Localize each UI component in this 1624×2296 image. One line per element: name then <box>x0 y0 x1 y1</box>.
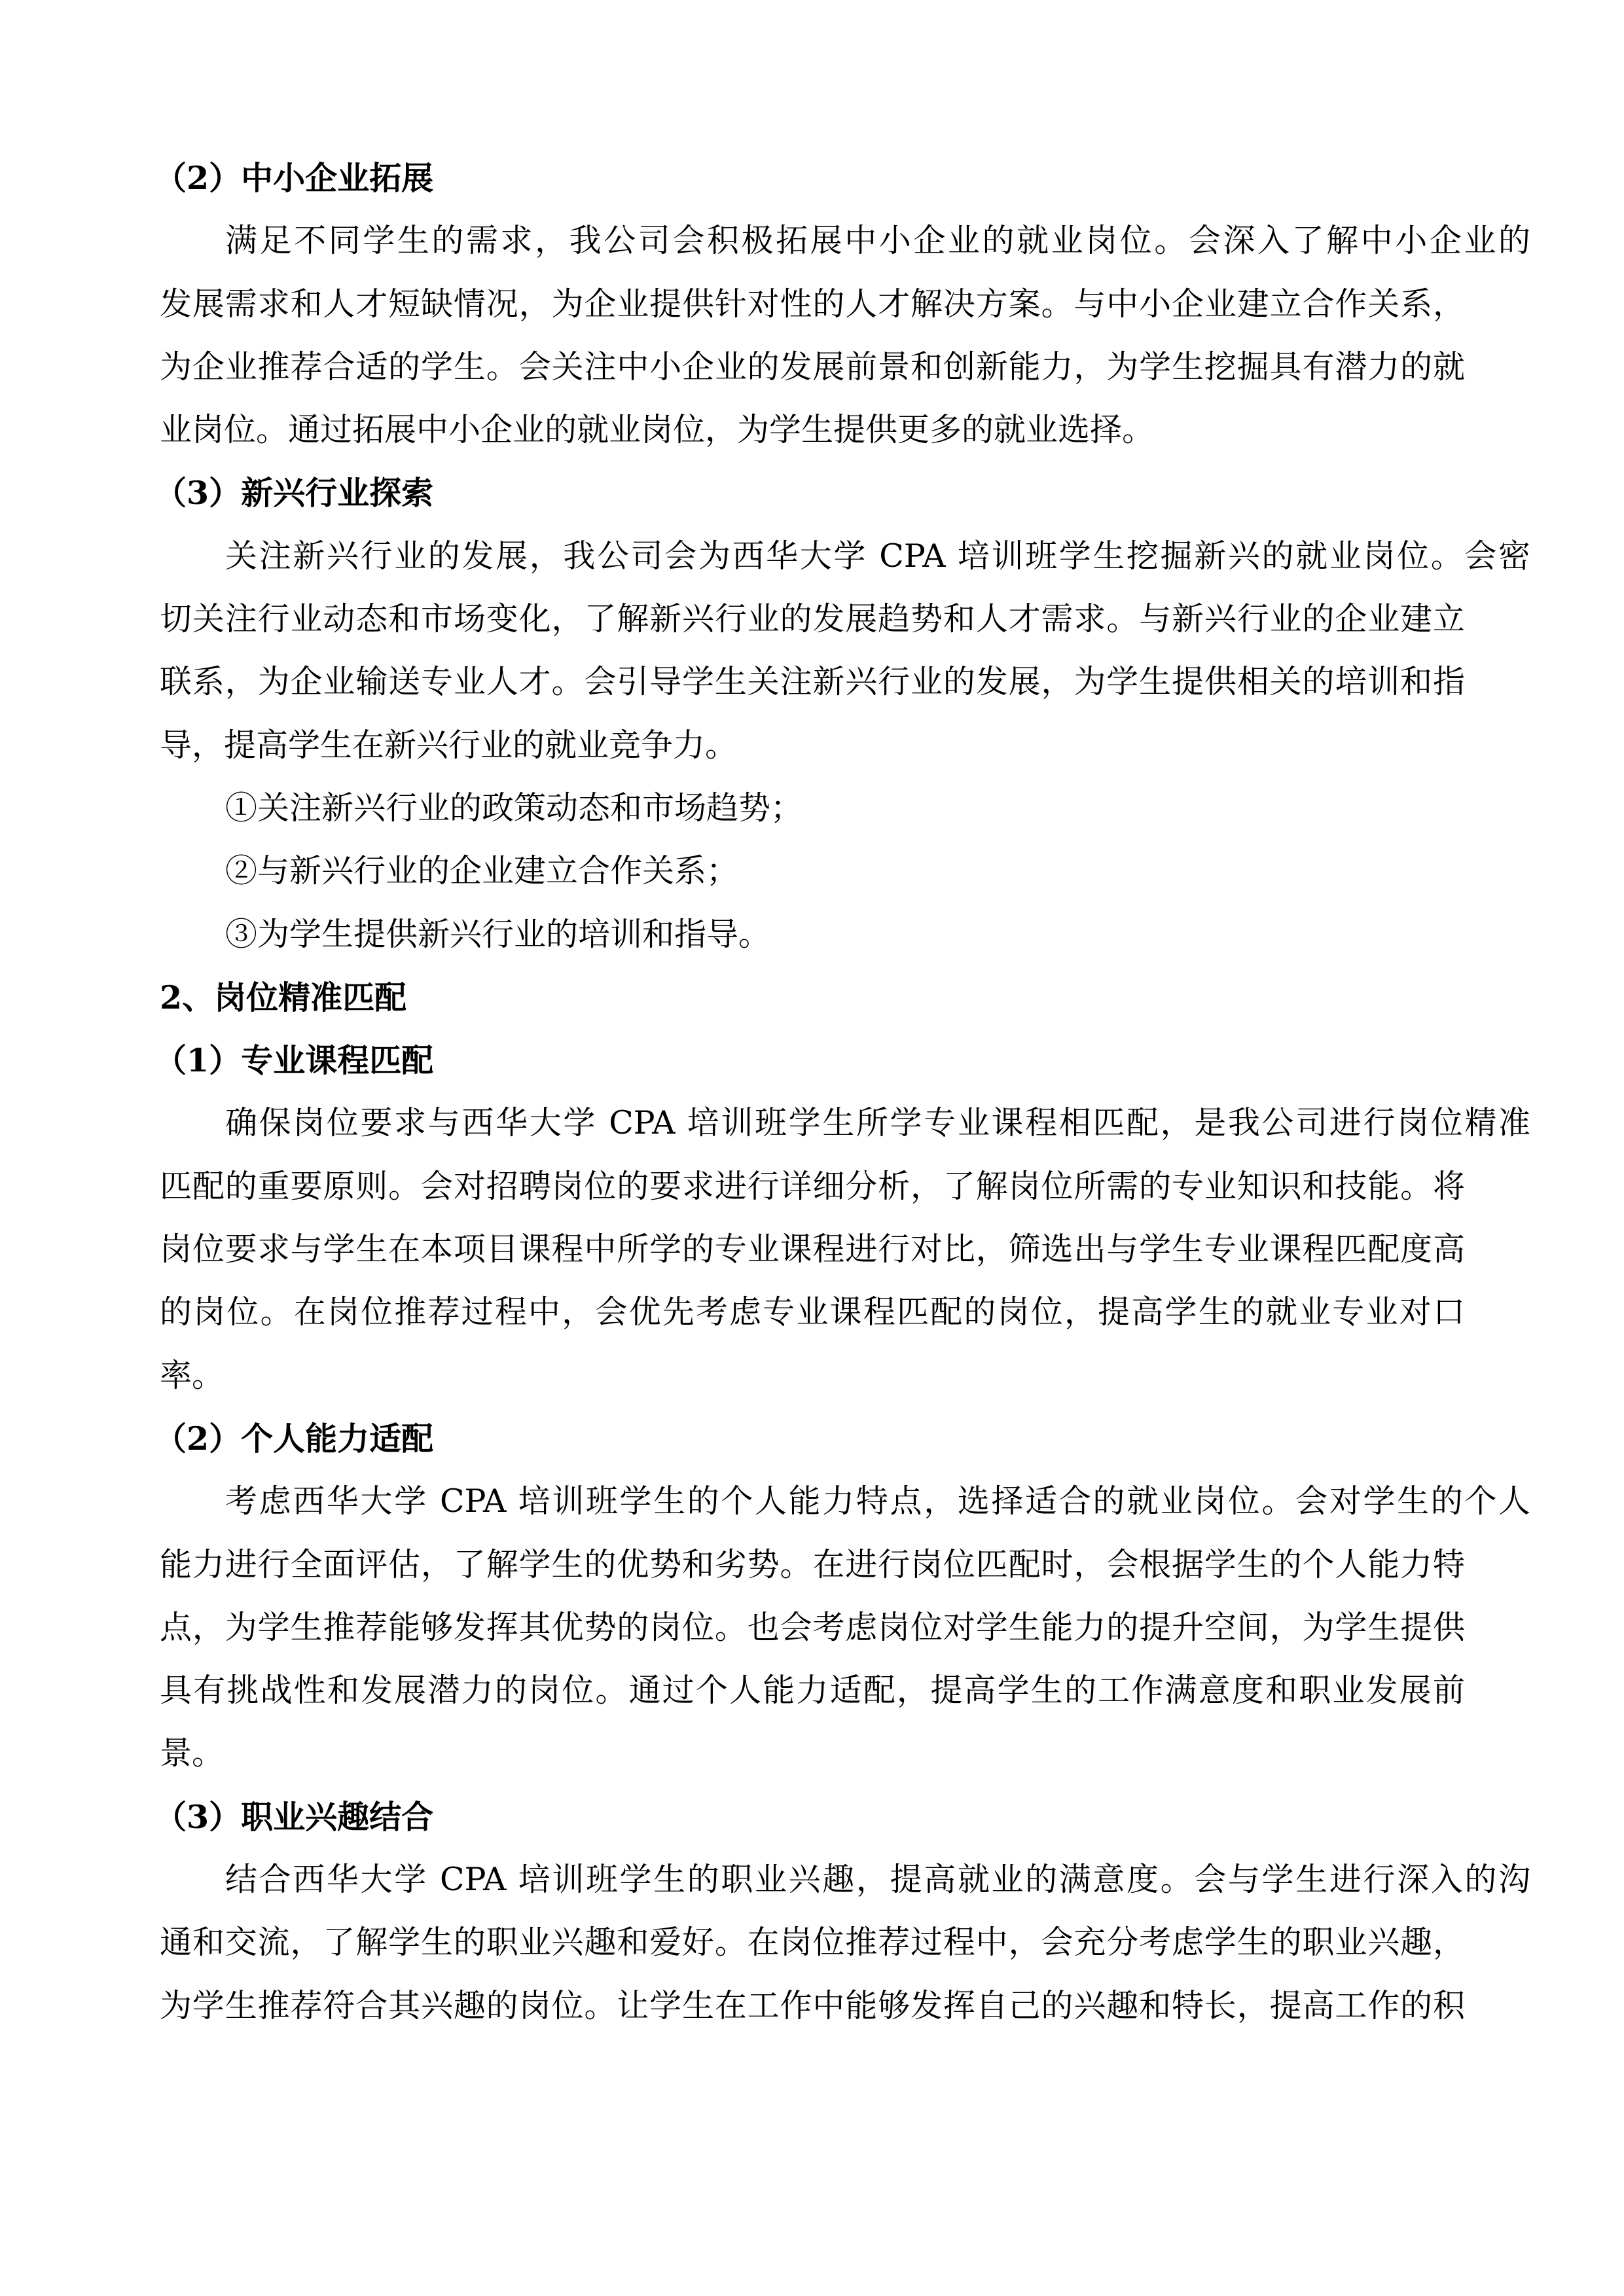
paragraph-line: 景。 <box>160 1722 1469 1785</box>
paragraph-line: 满足不同学生的需求，我公司会积极拓展中小企业的就业岗位。会深入了解中小企业的 <box>160 209 1530 272</box>
list-item: ①关注新兴行业的政策动态和市场趋势； <box>160 777 1469 840</box>
paragraph-line: 为企业推荐合适的学生。会关注中小企业的发展前景和创新能力，为学生挖掘具有潜力的就 <box>160 336 1465 399</box>
paragraph-line: 的岗位。在岗位推荐过程中，会优先考虑专业课程匹配的岗位，提高学生的就业专业对口 <box>160 1281 1465 1344</box>
paragraph-line: 导，提高学生在新兴行业的就业竞争力。 <box>160 714 1469 777</box>
paragraph-line: 结合西华大学 CPA 培训班学生的职业兴趣，提高就业的满意度。会与学生进行深入的… <box>160 1848 1530 1911</box>
paragraph-line: 点，为学生推荐能够发挥其优势的岗位。也会考虑岗位对学生能力的提升空间，为学生提供 <box>160 1596 1465 1659</box>
paragraph-line: 为学生推荐符合其兴趣的岗位。让学生在工作中能够发挥自己的兴趣和特长，提高工作的积 <box>160 1975 1465 2037</box>
paragraph-line: 岗位要求与学生在本项目课程中所学的专业课程进行对比，筛选出与学生专业课程匹配度高 <box>160 1218 1465 1281</box>
paragraph-line: 具有挑战性和发展潜力的岗位。通过个人能力适配，提高学生的工作满意度和职业发展前 <box>160 1659 1465 1722</box>
section-heading: （3）职业兴趣结合 <box>154 1785 1469 1848</box>
paragraph-line: 发展需求和人才短缺情况，为企业提供针对性的人才解决方案。与中小企业建立合作关系， <box>160 273 1465 336</box>
chapter-heading: 2、岗位精准匹配 <box>160 966 1469 1029</box>
paragraph-line: 联系，为企业输送专业人才。会引导学生关注新兴行业的发展，为学生提供相关的培训和指 <box>160 651 1465 713</box>
paragraph-line: 率。 <box>160 1344 1469 1407</box>
paragraph-line: 关注新兴行业的发展，我公司会为西华大学 CPA 培训班学生挖掘新兴的就业岗位。会… <box>160 525 1530 588</box>
paragraph-line: 匹配的重要原则。会对招聘岗位的要求进行详细分析，了解岗位所需的专业知识和技能。将 <box>160 1155 1465 1218</box>
paragraph-line: 考虑西华大学 CPA 培训班学生的个人能力特点，选择适合的就业岗位。会对学生的个… <box>160 1470 1530 1533</box>
section-heading: （1）专业课程匹配 <box>154 1029 1469 1092</box>
section-heading: （2）个人能力适配 <box>154 1407 1469 1470</box>
paragraph-line: 确保岗位要求与西华大学 CPA 培训班学生所学专业课程相匹配，是我公司进行岗位精… <box>160 1092 1530 1155</box>
list-item: ③为学生提供新兴行业的培训和指导。 <box>160 903 1469 966</box>
paragraph-line: 通和交流，了解学生的职业兴趣和爱好。在岗位推荐过程中，会充分考虑学生的职业兴趣， <box>160 1911 1465 1974</box>
section-heading: （2）中小企业拓展 <box>154 147 1469 209</box>
paragraph-line: 切关注行业动态和市场变化，了解新兴行业的发展趋势和人才需求。与新兴行业的企业建立 <box>160 588 1465 651</box>
document-page: （2）中小企业拓展 满足不同学生的需求，我公司会积极拓展中小企业的就业岗位。会深… <box>0 0 1624 2296</box>
paragraph-line: 业岗位。通过拓展中小企业的就业岗位，为学生提供更多的就业选择。 <box>160 399 1469 461</box>
section-heading: （3）新兴行业探索 <box>154 461 1469 524</box>
document-body: （2）中小企业拓展 满足不同学生的需求，我公司会积极拓展中小企业的就业岗位。会深… <box>160 147 1469 2037</box>
list-item: ②与新兴行业的企业建立合作关系； <box>160 840 1469 903</box>
paragraph-line: 能力进行全面评估，了解学生的优势和劣势。在进行岗位匹配时，会根据学生的个人能力特 <box>160 1534 1465 1596</box>
